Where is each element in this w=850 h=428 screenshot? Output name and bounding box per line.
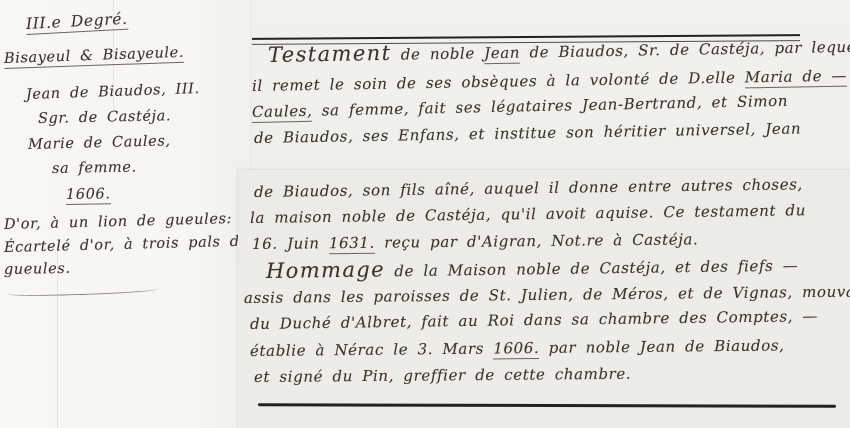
margin-line: 1606. — [66, 187, 111, 204]
line-text: assis dans les paroisses de St. Julien, … — [244, 282, 850, 307]
text-line: Hommage de la Maison noble de Castéja, e… — [266, 253, 799, 284]
margin-column: III.e Degré. Bisayeul & Bisayeule. Jean … — [0, 0, 238, 428]
line-text: de Biaudos, Sr. de Castéja, par lequel — [520, 38, 850, 62]
line-text: du Duché d'Albret, fait au Roi dans sa c… — [250, 307, 818, 333]
manuscript-scan: III.e Degré. Bisayeul & Bisayeule. Jean … — [0, 0, 850, 428]
line-text: reçu par d'Aigran, Not.re à Castéja. — [375, 230, 699, 251]
line-text: et signé du Pin, greffier de cette chamb… — [254, 365, 631, 386]
line-text: D'or, à un lion de gueules: — [4, 211, 232, 233]
text-line: de Biaudos, son fils aîné, auquel il don… — [254, 176, 803, 200]
line-underlined-text: 1606. — [66, 186, 111, 205]
margin-line: Marie de Caules, — [28, 134, 171, 154]
margin-line: sa femme. — [52, 161, 137, 178]
line-lead: Hommage — [266, 257, 385, 283]
line-underlined-text: Caules, — [252, 102, 313, 123]
line-text: gueules. — [4, 261, 71, 278]
margin-line: Jean de Biaudos, III. — [26, 82, 200, 104]
line-underlined-text: Maria de — — [745, 67, 848, 89]
line-text: sa femme. — [52, 160, 137, 177]
line-text: sa femme, fait ses légataires Jean-Bertr… — [312, 92, 788, 120]
line-text: Écartelé d'or, à trois pals de — [4, 234, 249, 256]
main-text-bottom: de Biaudos, son fils aîné, auquel il don… — [238, 170, 850, 428]
line-text: de la Maison noble de Castéja, et des fi… — [385, 257, 799, 281]
margin-line: D'or, à un lion de gueules: — [4, 212, 232, 234]
text-line: établie à Nérac le 3. Mars 1606. par nob… — [250, 337, 785, 359]
text-line: il remet le soin de ses obsèques à la vo… — [252, 68, 847, 95]
margin-line: III.e Degré. — [26, 11, 128, 33]
text-line: du Duché d'Albret, fait au Roi dans sa c… — [250, 308, 818, 332]
line-text: la maison noble de Castéja, qu'il avoit … — [250, 201, 806, 227]
line-text: Marie de Caules, — [28, 133, 171, 153]
margin-line: Écartelé d'or, à trois pals de — [4, 235, 249, 257]
margin-line: Sgr. de Castéja. — [38, 109, 171, 128]
margin-line: Bisayeul & Bisayeule. — [4, 46, 185, 68]
text-line: de Biaudos, ses Enfans, et institue son … — [254, 120, 802, 146]
text-line: la maison noble de Castéja, qu'il avoit … — [250, 202, 806, 226]
line-text: par noble Jean de Biaudos, — [539, 336, 784, 357]
text-line: assis dans les paroisses de St. Julien, … — [244, 283, 850, 306]
line-text: de Biaudos, son fils aîné, auquel il don… — [254, 175, 803, 201]
text-line: 16. Juin 1631. reçu par d'Aigran, Not.re… — [252, 231, 699, 252]
line-text: il remet le soin de ses obsèques à la vo… — [252, 68, 745, 95]
line-underlined-text: 1631. — [329, 234, 375, 254]
line-text: établie à Nérac le 3. Mars — [250, 339, 494, 360]
text-line: et signé du Pin, greffier de cette chamb… — [254, 366, 631, 386]
line-underlined-text: Bisayeul & Bisayeule. — [4, 45, 185, 69]
line-text: de Biaudos, ses Enfans, et institue son … — [254, 119, 802, 147]
bottom-rule — [258, 403, 836, 407]
text-line: Caules, sa femme, fait ses légataires Je… — [252, 93, 788, 121]
line-text: de noble — [391, 44, 484, 64]
flourish-line — [8, 286, 158, 297]
margin-line: gueules. — [4, 262, 71, 279]
line-text: Sgr. de Castéja. — [38, 108, 171, 127]
line-underlined-text: 1606. — [493, 339, 539, 359]
line-lead: Testament — [268, 41, 392, 67]
line-text: 16. Juin — [252, 234, 329, 253]
main-text-top: Testament de noble Jean de Biaudos, Sr. … — [252, 0, 850, 172]
line-underlined-text: Jean — [484, 44, 520, 65]
line-text: Jean de Biaudos, III. — [26, 81, 200, 103]
